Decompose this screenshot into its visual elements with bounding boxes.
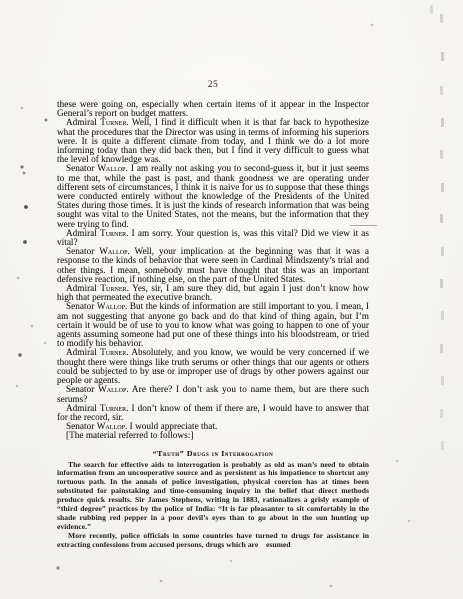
transcript-paragraph: Senator Wallop. Well, your implication a… xyxy=(57,247,369,284)
transcript-paragraph: Admiral Turner. Well, I find it difficul… xyxy=(57,118,369,164)
excerpt-paragraph: The search for effective aids to interro… xyxy=(57,461,369,532)
transcript-paragraph: Admiral Turner. Absolutely, and you know… xyxy=(57,348,369,385)
speaker-name: Wallop. xyxy=(98,384,129,394)
speech-text: I am really not asking you to second-gue… xyxy=(57,163,369,228)
transcript-paragraph: Senator Wallop. Are there? I don’t ask y… xyxy=(57,385,369,403)
transcript-paragraph: Admiral Turner. I don’t know of them if … xyxy=(57,404,369,422)
scan-specks xyxy=(0,0,2,2)
transcript-paragraph: Admiral Turner. I am sorry. Your questio… xyxy=(57,229,369,247)
page-number: 25 xyxy=(57,80,369,90)
scan-edge-marks xyxy=(0,0,3,9)
document-page: 25 these were going on, especially when … xyxy=(0,0,463,599)
transcript-paragraph: Admiral Turner. Yes, sir, I am sure they… xyxy=(57,284,369,302)
transcript-paragraph: Senator Wallop. But the kinds of informa… xyxy=(57,302,369,348)
page-content: these were going on, especially when cer… xyxy=(57,100,369,550)
speaker-name: Turner. xyxy=(100,228,129,238)
speech-text: these were going on, especially when cer… xyxy=(57,99,369,118)
transcript-paragraph: Senator Wallop. I am really not asking y… xyxy=(57,164,369,228)
excerpt-heading: “Truth” Drugs in Interrogation xyxy=(57,449,369,458)
excerpt-paragraph: More recently, police officials in some … xyxy=(57,532,369,550)
bracket-note: [The material referred to follows:] xyxy=(57,431,369,440)
transcript-paragraph: these were going on, especially when cer… xyxy=(57,100,369,118)
